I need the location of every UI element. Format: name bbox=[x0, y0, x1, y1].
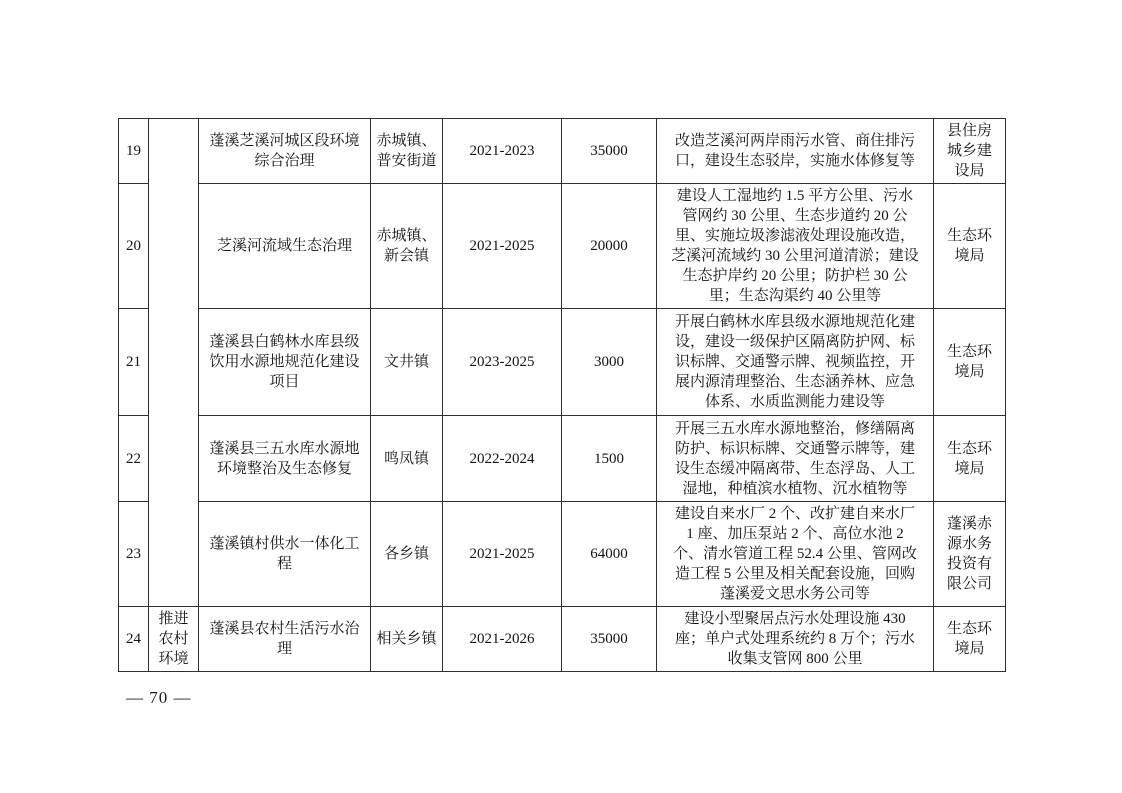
category-cell bbox=[149, 119, 199, 607]
amount-cell: 1500 bbox=[562, 416, 657, 502]
department-cell: 生态环境局 bbox=[934, 607, 1006, 672]
content-cell: 建设人工湿地约 1.5 平方公里、污水管网约 30 公里、生态步道约 20 公里… bbox=[657, 184, 934, 309]
period-cell: 2021-2023 bbox=[443, 119, 562, 184]
row-number: 22 bbox=[119, 416, 149, 502]
location-cell: 赤城镇、普安街道 bbox=[371, 119, 443, 184]
period-cell: 2021-2026 bbox=[443, 607, 562, 672]
row-number: 20 bbox=[119, 184, 149, 309]
location-cell: 相关乡镇 bbox=[371, 607, 443, 672]
project-table: 19 蓬溪芝溪河城区段环境综合治理 赤城镇、普安街道 2021-2023 350… bbox=[118, 118, 1006, 672]
row-number: 23 bbox=[119, 502, 149, 607]
amount-cell: 64000 bbox=[562, 502, 657, 607]
page-number: — 70 — bbox=[126, 688, 192, 708]
table-row: 21 蓬溪县白鹤林水库县级饮用水源地规范化建设项目 文井镇 2023-2025 … bbox=[119, 309, 1006, 416]
project-name: 蓬溪县三五水库水源地环境整治及生态修复 bbox=[199, 416, 371, 502]
location-cell: 鸣凤镇 bbox=[371, 416, 443, 502]
row-number: 24 bbox=[119, 607, 149, 672]
department-cell: 生态环境局 bbox=[934, 416, 1006, 502]
project-name: 芝溪河流域生态治理 bbox=[199, 184, 371, 309]
table-row: 22 蓬溪县三五水库水源地环境整治及生态修复 鸣凤镇 2022-2024 150… bbox=[119, 416, 1006, 502]
period-cell: 2023-2025 bbox=[443, 309, 562, 416]
amount-cell: 35000 bbox=[562, 607, 657, 672]
project-name: 蓬溪县农村生活污水治理 bbox=[199, 607, 371, 672]
period-cell: 2021-2025 bbox=[443, 502, 562, 607]
row-number: 19 bbox=[119, 119, 149, 184]
project-name: 蓬溪镇村供水一体化工程 bbox=[199, 502, 371, 607]
content-cell: 建设小型聚居点污水处理设施 430 座；单户式处理系统约 8 万个；污水收集支管… bbox=[657, 607, 934, 672]
amount-cell: 35000 bbox=[562, 119, 657, 184]
table-row: 20 芝溪河流域生态治理 赤城镇、新会镇 2021-2025 20000 建设人… bbox=[119, 184, 1006, 309]
amount-cell: 20000 bbox=[562, 184, 657, 309]
department-cell: 县住房城乡建设局 bbox=[934, 119, 1006, 184]
row-number: 21 bbox=[119, 309, 149, 416]
document-page: 19 蓬溪芝溪河城区段环境综合治理 赤城镇、普安街道 2021-2023 350… bbox=[0, 0, 1122, 793]
period-cell: 2022-2024 bbox=[443, 416, 562, 502]
content-cell: 开展白鹤林水库县级水源地规范化建设，建设一级保护区隔离防护网、标识标牌、交通警示… bbox=[657, 309, 934, 416]
location-cell: 文井镇 bbox=[371, 309, 443, 416]
location-cell: 各乡镇 bbox=[371, 502, 443, 607]
content-cell: 建设自来水厂 2 个、改扩建自来水厂 1 座、加压泵站 2 个、高位水池 2 个… bbox=[657, 502, 934, 607]
period-cell: 2021-2025 bbox=[443, 184, 562, 309]
department-cell: 生态环境局 bbox=[934, 184, 1006, 309]
table-row: 23 蓬溪镇村供水一体化工程 各乡镇 2021-2025 64000 建设自来水… bbox=[119, 502, 1006, 607]
table-row: 19 蓬溪芝溪河城区段环境综合治理 赤城镇、普安街道 2021-2023 350… bbox=[119, 119, 1006, 184]
project-name: 蓬溪芝溪河城区段环境综合治理 bbox=[199, 119, 371, 184]
content-cell: 开展三五水库水源地整治，修缮隔离防护、标识标牌、交通警示牌等，建设生态缓冲隔离带… bbox=[657, 416, 934, 502]
location-cell: 赤城镇、新会镇 bbox=[371, 184, 443, 309]
amount-cell: 3000 bbox=[562, 309, 657, 416]
content-cell: 改造芝溪河两岸雨污水管、商住排污口，建设生态驳岸，实施水体修复等 bbox=[657, 119, 934, 184]
category-cell: 推进农村环境 bbox=[149, 607, 199, 672]
project-name: 蓬溪县白鹤林水库县级饮用水源地规范化建设项目 bbox=[199, 309, 371, 416]
department-cell: 生态环境局 bbox=[934, 309, 1006, 416]
department-cell: 蓬溪赤源水务投资有限公司 bbox=[934, 502, 1006, 607]
table-row: 24 推进农村环境 蓬溪县农村生活污水治理 相关乡镇 2021-2026 350… bbox=[119, 607, 1006, 672]
